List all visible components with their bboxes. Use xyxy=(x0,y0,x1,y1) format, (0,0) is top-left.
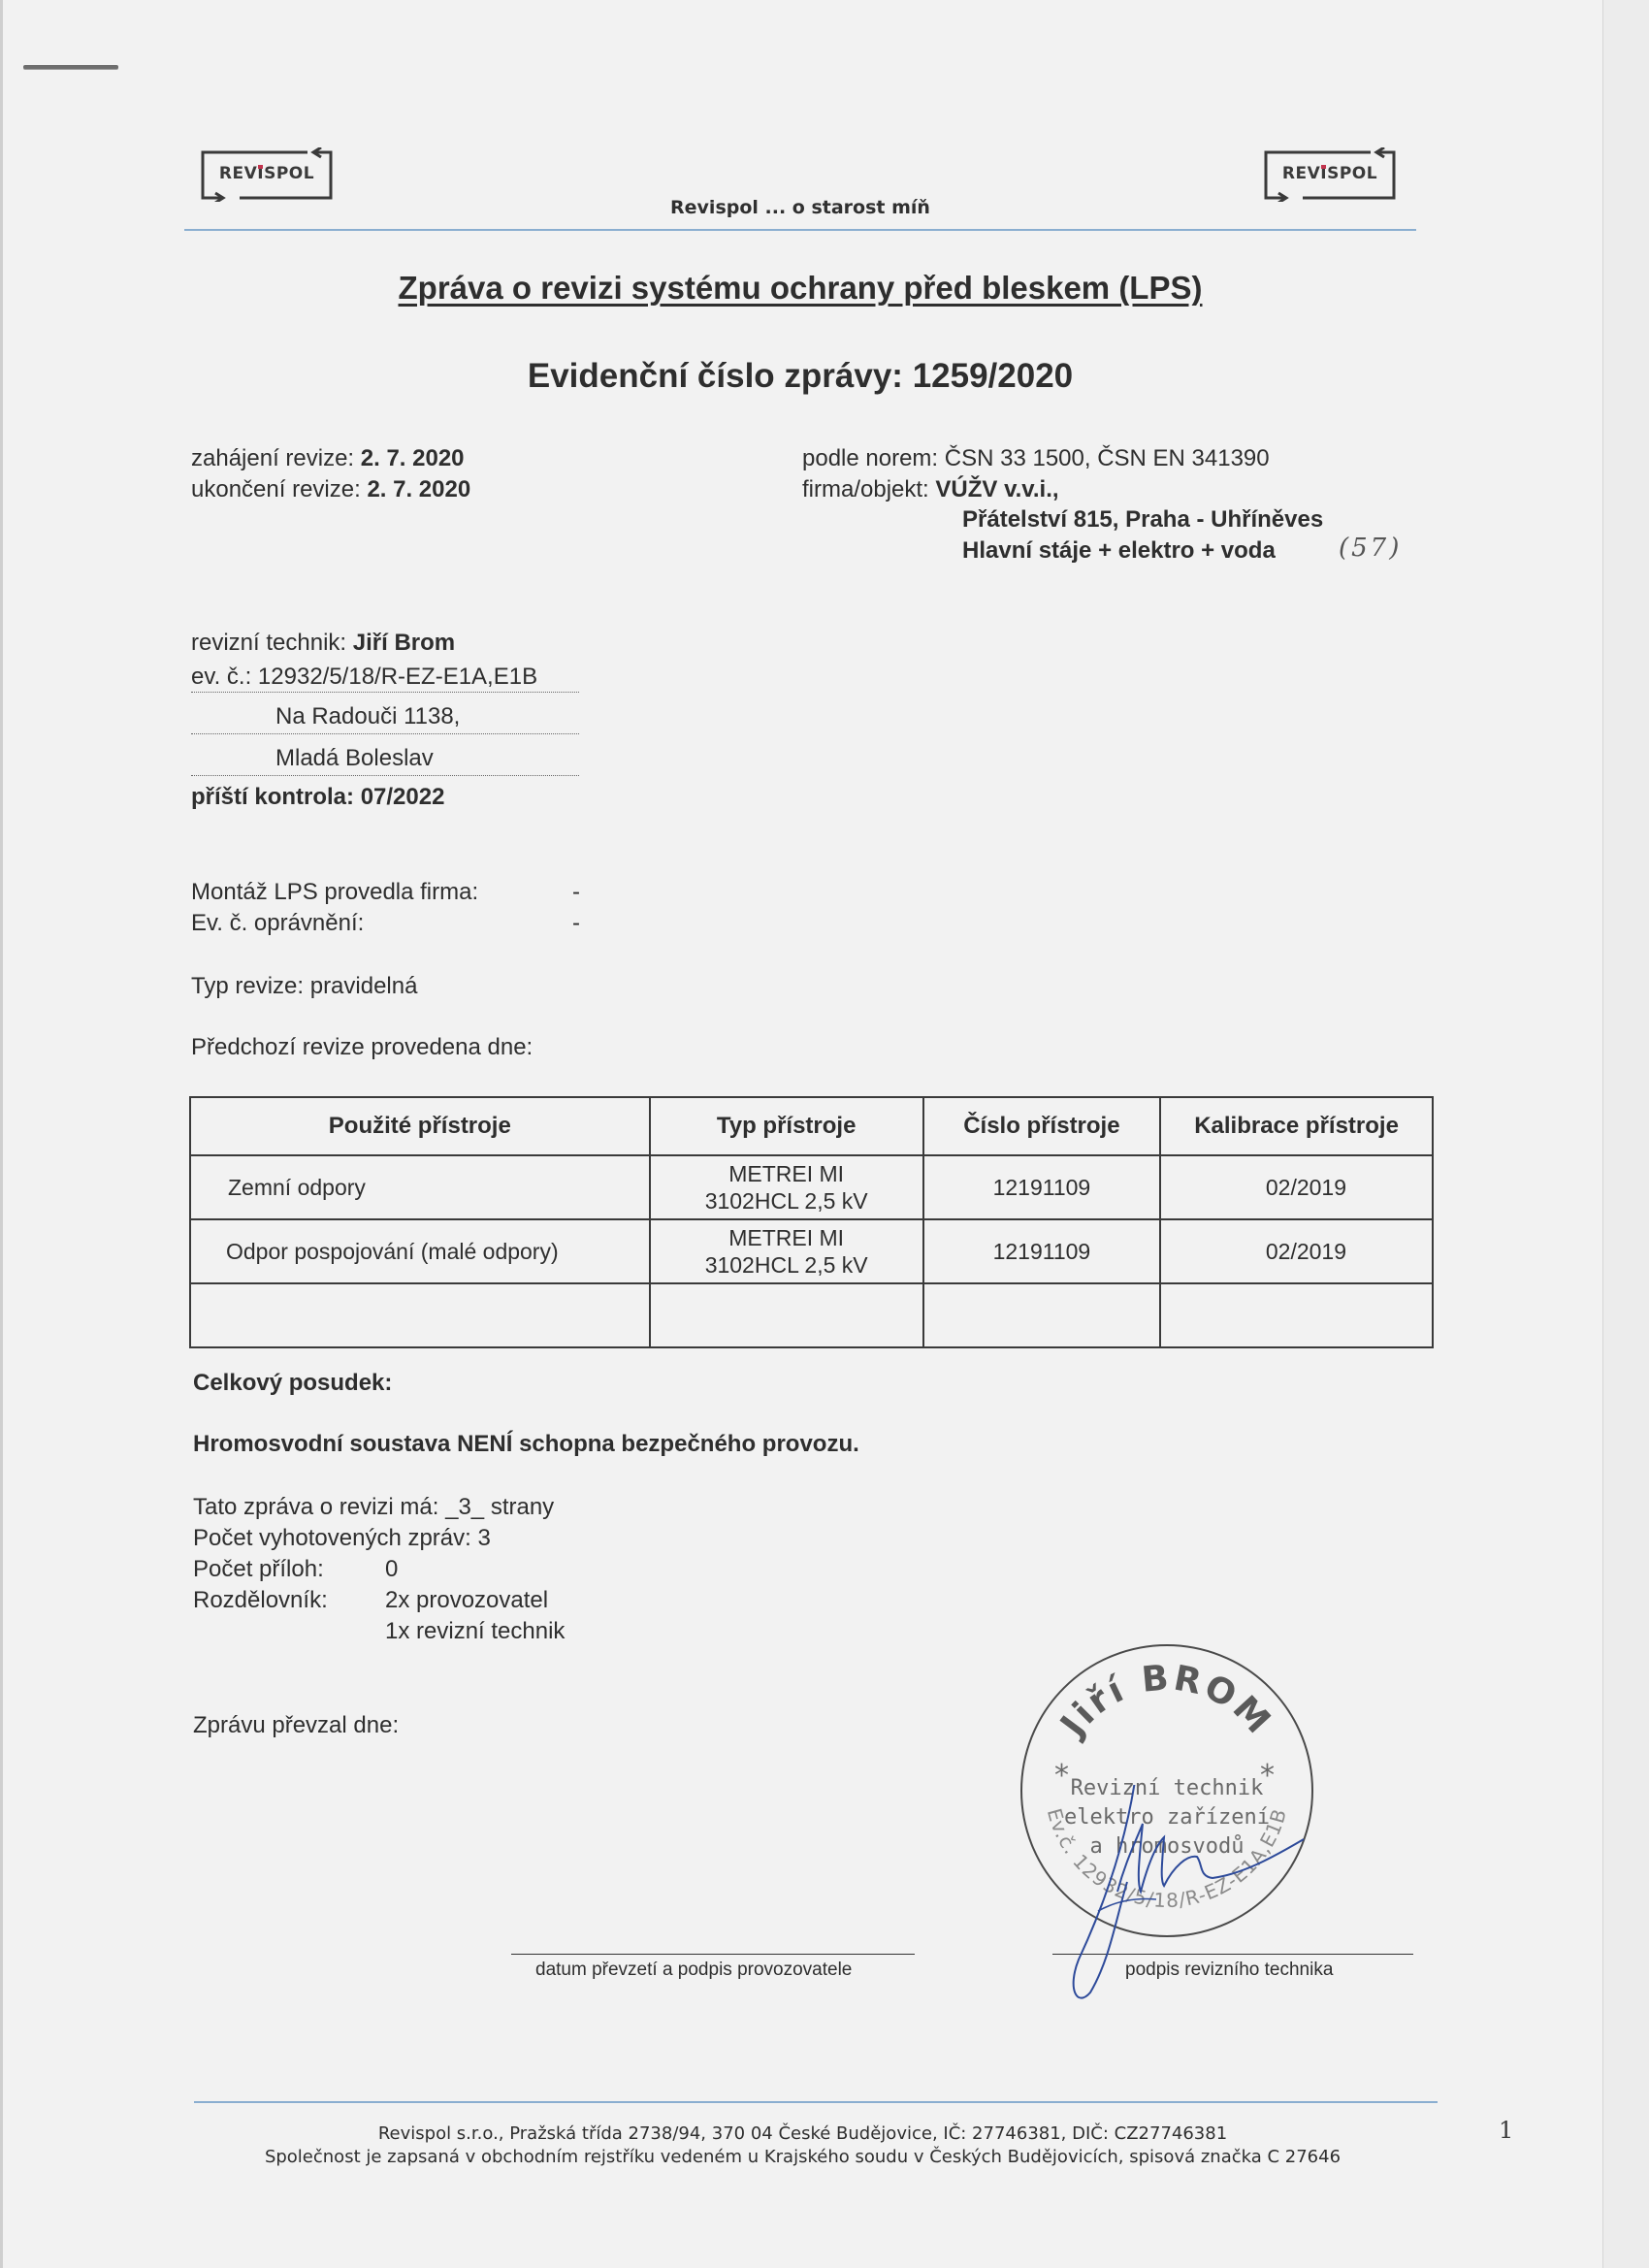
technician-city: Mladá Boleslav xyxy=(275,745,434,772)
end-date-value: 2. 7. 2020 xyxy=(367,476,470,502)
previous-revision-label: Předchozí revize provedena dne: xyxy=(191,1034,533,1060)
start-date: zahájení revize: 2. 7. 2020 xyxy=(191,445,465,472)
column-header: Číslo přístroje xyxy=(923,1097,1160,1155)
dotted-divider xyxy=(191,733,579,734)
firm-address: Přátelství 815, Praha - Uhříněves xyxy=(962,506,1323,534)
cell-type-line1: METREI MI xyxy=(651,1224,922,1251)
end-date: ukončení revize: 2. 7. 2020 xyxy=(191,476,470,503)
handwritten-note: (57) xyxy=(1339,534,1402,563)
logo-text: REVISPOL xyxy=(1264,164,1396,183)
copies-value: 3 xyxy=(478,1525,491,1551)
logo-text: REVISPOL xyxy=(201,164,333,183)
firm-label: firma/objekt: xyxy=(802,476,929,502)
signature-scribble-icon xyxy=(1067,1785,1319,2076)
cell-serial: 12191109 xyxy=(923,1155,1160,1219)
verdict-label: Celkový posudek: xyxy=(193,1370,392,1397)
firm: firma/objekt: VÚŽV v.v.i., xyxy=(802,476,1059,503)
installation-firm-label: Montáž LPS provedla firma: xyxy=(191,879,478,906)
column-header: Typ přístroje xyxy=(650,1097,923,1155)
pages-value: _3_ xyxy=(445,1494,484,1520)
revispol-logo-left: REVISPOL xyxy=(201,147,333,202)
distribution-item: 1x revizní technik xyxy=(385,1618,565,1645)
attachments-value: 0 xyxy=(385,1556,398,1583)
pages-unit: strany xyxy=(491,1494,554,1520)
cell-use: Odpor pospojování (malé odpory) xyxy=(190,1219,650,1283)
footer-divider xyxy=(194,2101,1438,2103)
norms: podle norem: ČSN 33 1500, ČSN EN 341390 xyxy=(802,445,1270,472)
copies-label: Počet vyhotovených zpráv: xyxy=(193,1525,471,1551)
installation-firm-value: - xyxy=(572,879,580,906)
cell-calibration: 02/2019 xyxy=(1160,1219,1433,1283)
cell-type: METREI MI 3102HCL 2,5 kV xyxy=(650,1155,923,1219)
firm-name: VÚŽV v.v.i., xyxy=(935,476,1058,502)
header-divider xyxy=(184,229,1416,231)
cell-type-line1: METREI MI xyxy=(651,1160,922,1187)
technician-reg: ev. č.: 12932/5/18/R-EZ-E1A,E1B xyxy=(191,664,537,691)
table-row xyxy=(190,1283,1433,1347)
cell-calibration xyxy=(1160,1283,1433,1347)
report-number-value: 1259/2020 xyxy=(913,357,1073,395)
technician-reg-label: ev. č.: xyxy=(191,664,251,690)
previous-revision: Předchozí revize provedena dne: xyxy=(191,1034,533,1061)
cell-use xyxy=(190,1283,650,1347)
scan-page-edge-left xyxy=(0,0,3,2268)
pages-count: Tato zpráva o revizi má: _3_ strany xyxy=(193,1494,554,1521)
cell-type xyxy=(650,1283,923,1347)
report-number: Evidenční číslo zprávy: 1259/2020 xyxy=(0,357,1600,396)
verdict-text: Hromosvodní soustava NENÍ schopna bezpeč… xyxy=(193,1431,859,1458)
scan-page-edge-right xyxy=(1602,0,1649,2268)
cell-serial: 12191109 xyxy=(923,1219,1160,1283)
svg-text:Jiří BROM: Jiří BROM xyxy=(1051,1658,1279,1746)
column-header: Použité přístroje xyxy=(190,1097,650,1155)
next-check-label: příští kontrola: xyxy=(191,784,354,810)
table-row: Odpor pospojování (malé odpory) METREI M… xyxy=(190,1219,1433,1283)
technician-name: Jiří Brom xyxy=(353,630,455,656)
technician-reg-value: 12932/5/18/R-EZ-E1A,E1B xyxy=(258,664,537,690)
license-value: - xyxy=(572,910,580,937)
start-date-value: 2. 7. 2020 xyxy=(361,445,465,471)
instruments-table: Použité přístroje Typ přístroje Číslo př… xyxy=(189,1096,1434,1348)
operator-signature-line xyxy=(511,1954,915,1955)
distribution-item: 2x provozovatel xyxy=(385,1587,548,1614)
object-name: Hlavní stáje + elektro + voda xyxy=(962,537,1276,565)
header-tagline: Revispol ... o starost míň xyxy=(0,197,1600,218)
revispol-logo-right: REVISPOL xyxy=(1264,147,1396,202)
dotted-divider xyxy=(191,692,579,693)
copies-count: Počet vyhotovených zpráv: 3 xyxy=(193,1525,491,1552)
end-date-label: ukončení revize: xyxy=(191,476,361,502)
cell-calibration: 02/2019 xyxy=(1160,1155,1433,1219)
distribution-list-label: Rozdělovník: xyxy=(193,1587,328,1614)
revision-type-label: Typ revize: xyxy=(191,973,304,999)
start-date-label: zahájení revize: xyxy=(191,445,354,471)
next-check-value: 07/2022 xyxy=(361,784,445,810)
attachments-label: Počet příloh: xyxy=(193,1556,324,1583)
cell-use: Zemní odpory xyxy=(190,1155,650,1219)
footer-registration: Společnost je zapsaná v obchodním rejstř… xyxy=(0,2147,1605,2167)
norms-label: podle norem: xyxy=(802,445,938,471)
technician-label: revizní technik: xyxy=(191,630,346,656)
cell-type-line2: 3102HCL 2,5 kV xyxy=(651,1251,922,1279)
operator-signature-caption: datum převzetí a podpis provozovatele xyxy=(535,1960,852,1981)
report-number-label: Evidenční číslo zprávy: xyxy=(528,357,903,395)
technician-street: Na Radouči 1138, xyxy=(275,703,460,730)
logo-accent-letter: I xyxy=(1320,164,1327,183)
license-label: Ev. č. oprávnění: xyxy=(191,910,364,937)
next-check: příští kontrola: 07/2022 xyxy=(191,784,444,811)
revision-type-value: pravidelná xyxy=(310,973,418,999)
revision-type: Typ revize: pravidelná xyxy=(191,973,417,1000)
table-row: Zemní odpory METREI MI 3102HCL 2,5 kV 12… xyxy=(190,1155,1433,1219)
received-label: Zprávu převzal dne: xyxy=(193,1712,399,1739)
report-title-text: Zpráva o revizi systému ochrany před ble… xyxy=(399,270,1203,306)
technician-signature xyxy=(1067,1785,1319,2076)
dotted-divider xyxy=(191,775,579,776)
footer-company-info: Revispol s.r.o., Pražská třída 2738/94, … xyxy=(0,2123,1605,2144)
logo-accent-letter: I xyxy=(257,164,264,183)
table-header-row: Použité přístroje Typ přístroje Číslo př… xyxy=(190,1097,1433,1155)
report-title: Zpráva o revizi systému ochrany před ble… xyxy=(0,270,1600,307)
staple-mark xyxy=(23,65,118,69)
page-number: 1 xyxy=(1499,2117,1513,2144)
cell-serial xyxy=(923,1283,1160,1347)
cell-type-line2: 3102HCL 2,5 kV xyxy=(651,1187,922,1215)
cell-type: METREI MI 3102HCL 2,5 kV xyxy=(650,1219,923,1283)
norms-value: ČSN 33 1500, ČSN EN 341390 xyxy=(945,445,1270,471)
column-header: Kalibrace přístroje xyxy=(1160,1097,1433,1155)
pages-label: Tato zpráva o revizi má: xyxy=(193,1494,438,1520)
technician: revizní technik: Jiří Brom xyxy=(191,630,455,657)
